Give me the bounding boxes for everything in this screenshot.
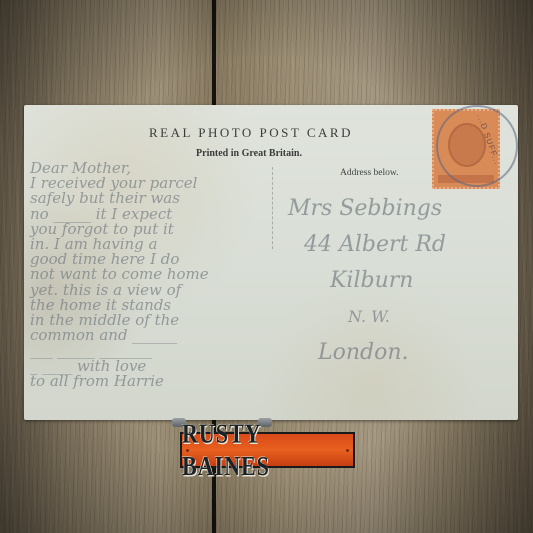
address-line-postal: N. W. <box>288 299 446 335</box>
address-line-city: London. <box>288 335 446 371</box>
handwritten-address: Mrs Sebbings 44 Albert Rd Kilburn N. W. … <box>288 191 446 371</box>
address-line-name: Mrs Sebbings <box>288 191 446 227</box>
rivet-icon <box>346 449 349 452</box>
handwritten-message: Dear Mother,I received your parcelsafely… <box>30 161 300 389</box>
postcard: REAL PHOTO POST CARD Printed in Great Br… <box>24 105 518 420</box>
address-line-district: Kilburn <box>288 263 446 299</box>
message-line: to all from Harrie <box>30 374 300 389</box>
address-line-street: 44 Albert Rd <box>288 227 446 263</box>
address-label: Address below. <box>340 168 398 178</box>
nameplate-text: RUSTY BAINES <box>182 418 353 483</box>
rusty-baines-nameplate: RUSTY BAINES <box>180 432 355 468</box>
